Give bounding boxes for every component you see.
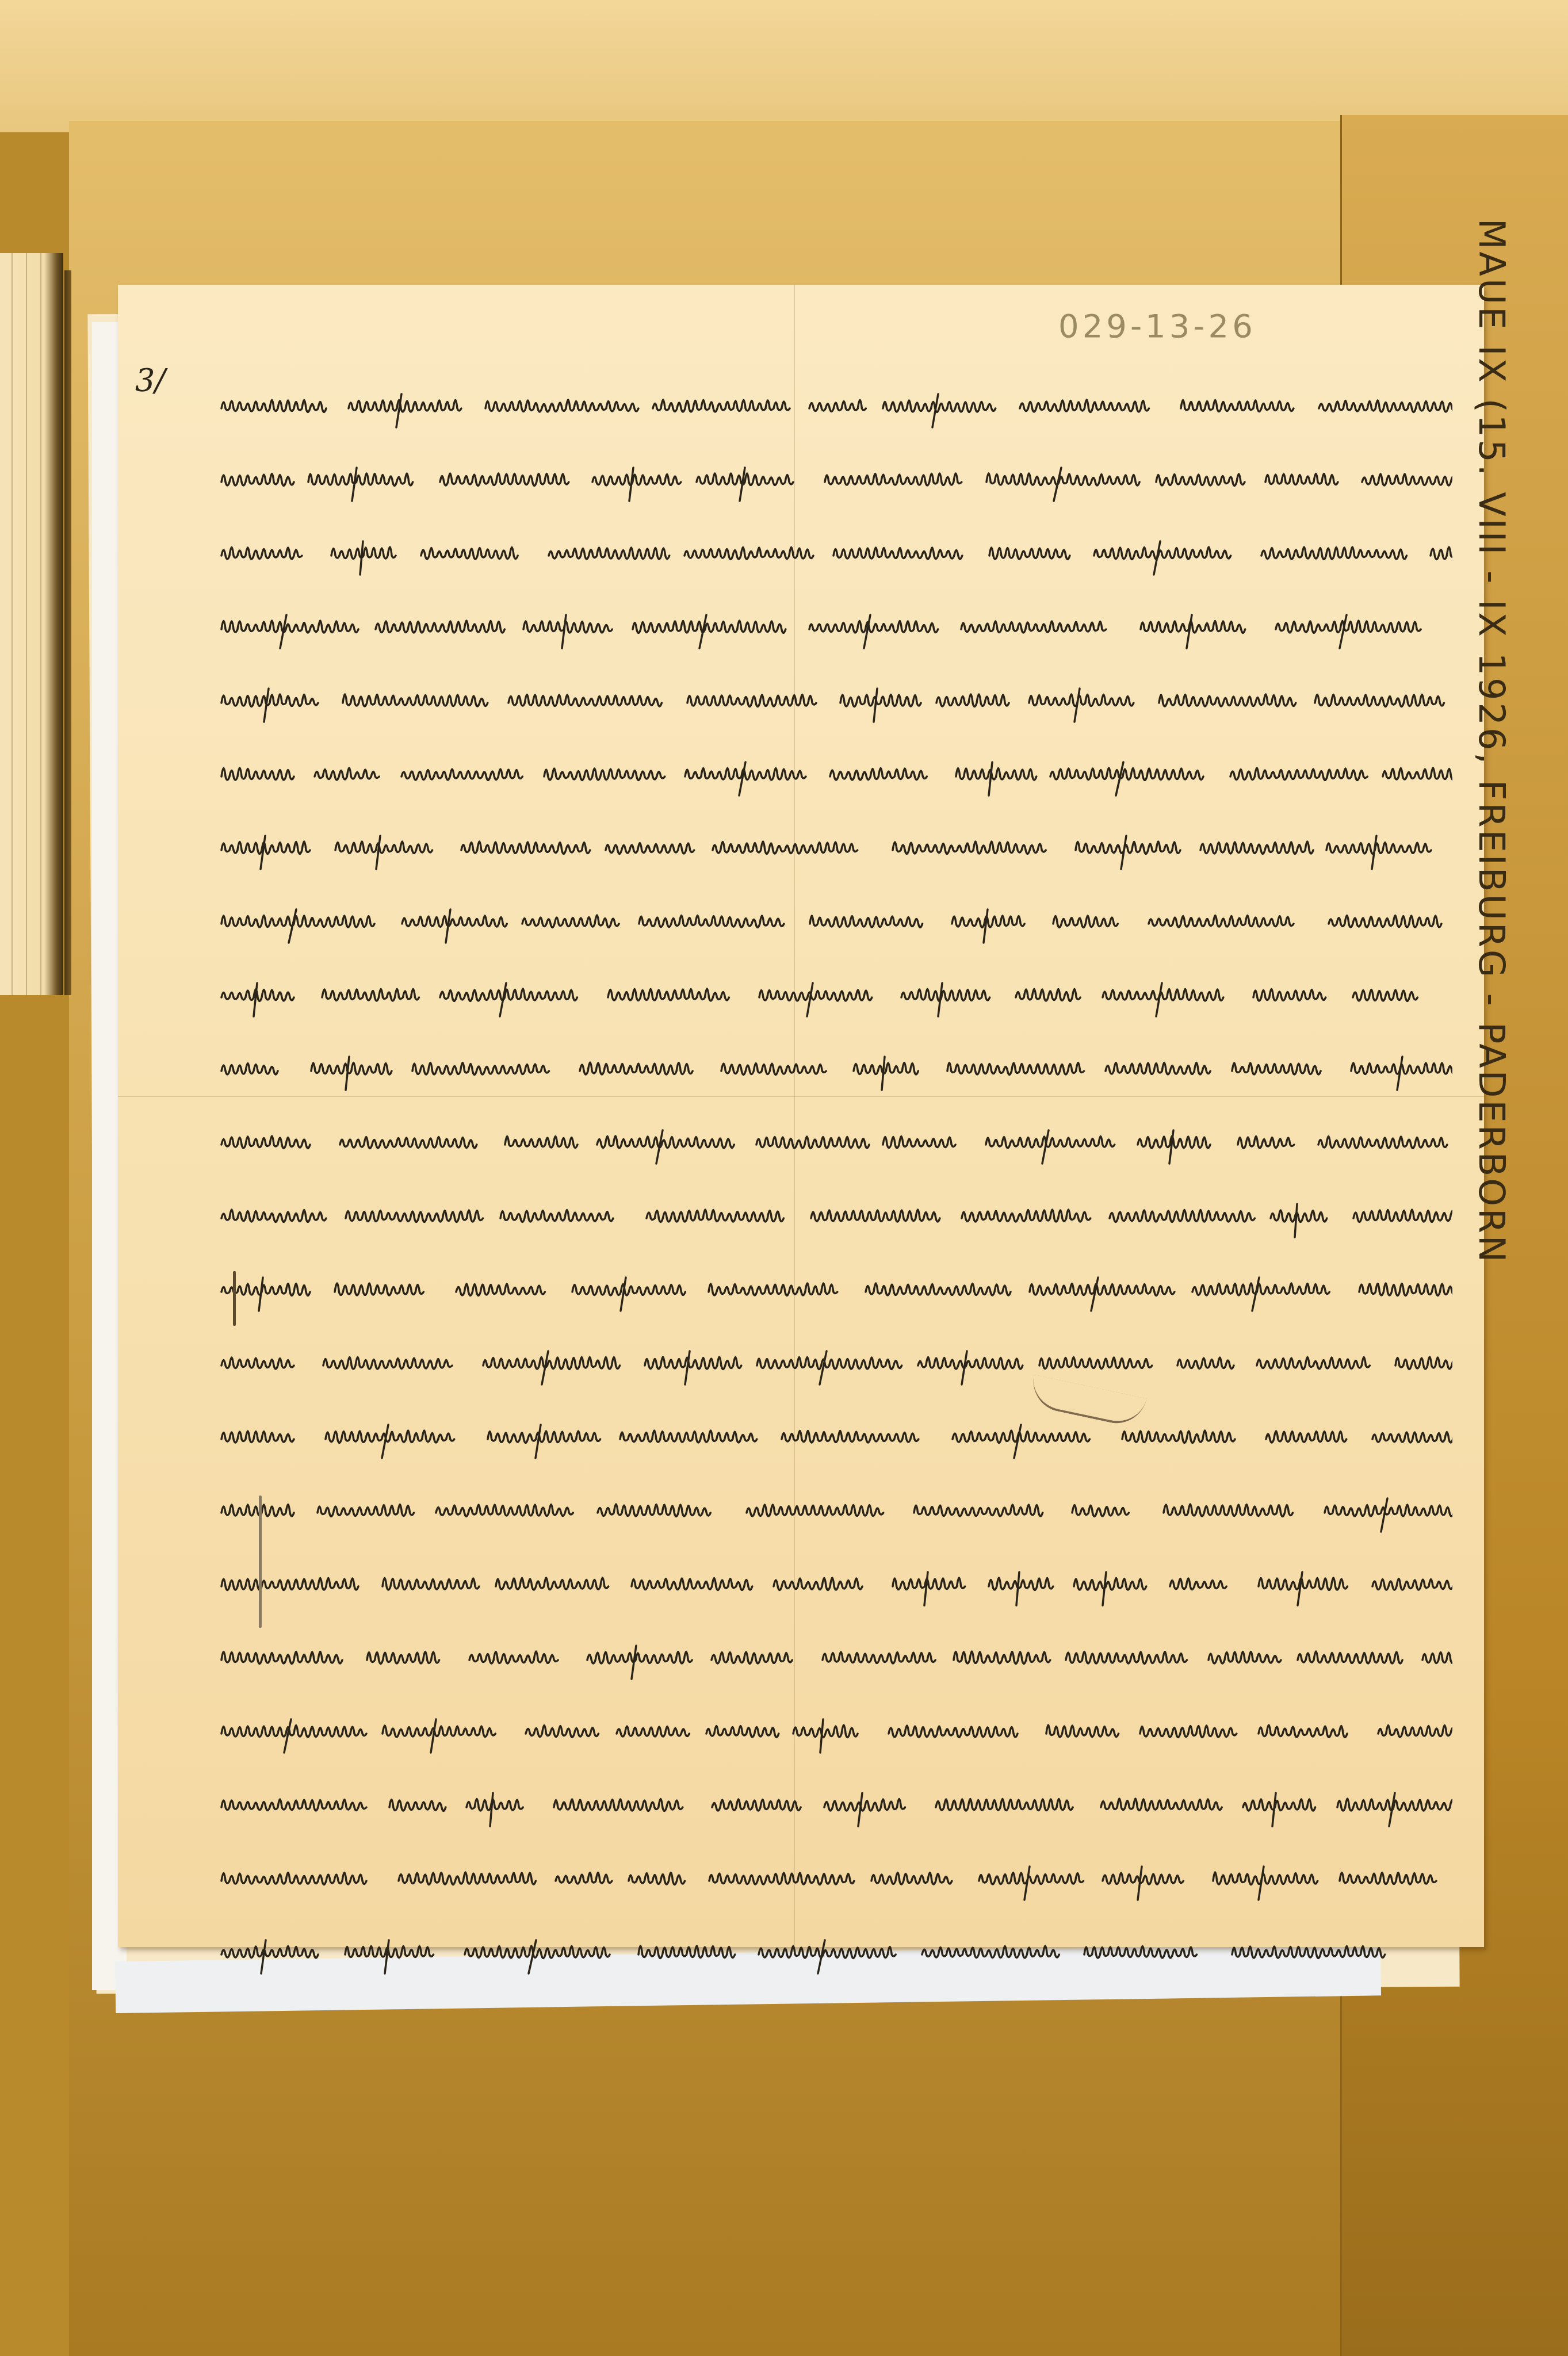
folder-top-flap bbox=[0, 0, 1568, 132]
handwritten-line bbox=[216, 377, 1452, 429]
margin-mark bbox=[259, 1496, 262, 1628]
handwritten-line bbox=[216, 598, 1452, 649]
handwritten-line bbox=[216, 745, 1452, 797]
folder-label: MAUE IX (15. VIII - IX 1926, FREIBURG - … bbox=[1473, 219, 1553, 1311]
margin-mark bbox=[233, 1271, 236, 1326]
horizontal-fold-line bbox=[118, 1096, 1484, 1097]
handwritten-line bbox=[216, 1555, 1452, 1607]
handwritten-line bbox=[216, 892, 1452, 944]
handwritten-line bbox=[216, 1481, 1452, 1533]
handwritten-line bbox=[216, 1408, 1452, 1459]
handwritten-line bbox=[216, 1923, 1452, 1975]
left-page-stack bbox=[0, 253, 63, 995]
handwritten-line bbox=[216, 1776, 1452, 1827]
handwritten-line bbox=[216, 1702, 1452, 1754]
folder-gutter bbox=[64, 270, 71, 995]
handwritten-line bbox=[216, 1113, 1452, 1165]
handwritten-line bbox=[216, 966, 1452, 1018]
handwritten-line bbox=[216, 1628, 1452, 1680]
handwritten-line bbox=[216, 1334, 1452, 1386]
handwritten-line bbox=[216, 1849, 1452, 1901]
handwritten-line bbox=[216, 1187, 1452, 1238]
handwritten-line bbox=[216, 1260, 1452, 1312]
handwritten-line bbox=[216, 524, 1452, 576]
archive-number: 029-13-26 bbox=[1058, 308, 1256, 345]
page-number: 3/ bbox=[135, 362, 166, 399]
handwritten-line bbox=[216, 671, 1452, 723]
handwritten-line bbox=[216, 450, 1452, 502]
folder-label-text: MAUE IX (15. VIII - IX 1926, FREIBURG - … bbox=[1471, 219, 1513, 1264]
handwritten-line bbox=[216, 819, 1452, 870]
handwritten-line bbox=[216, 1039, 1452, 1091]
